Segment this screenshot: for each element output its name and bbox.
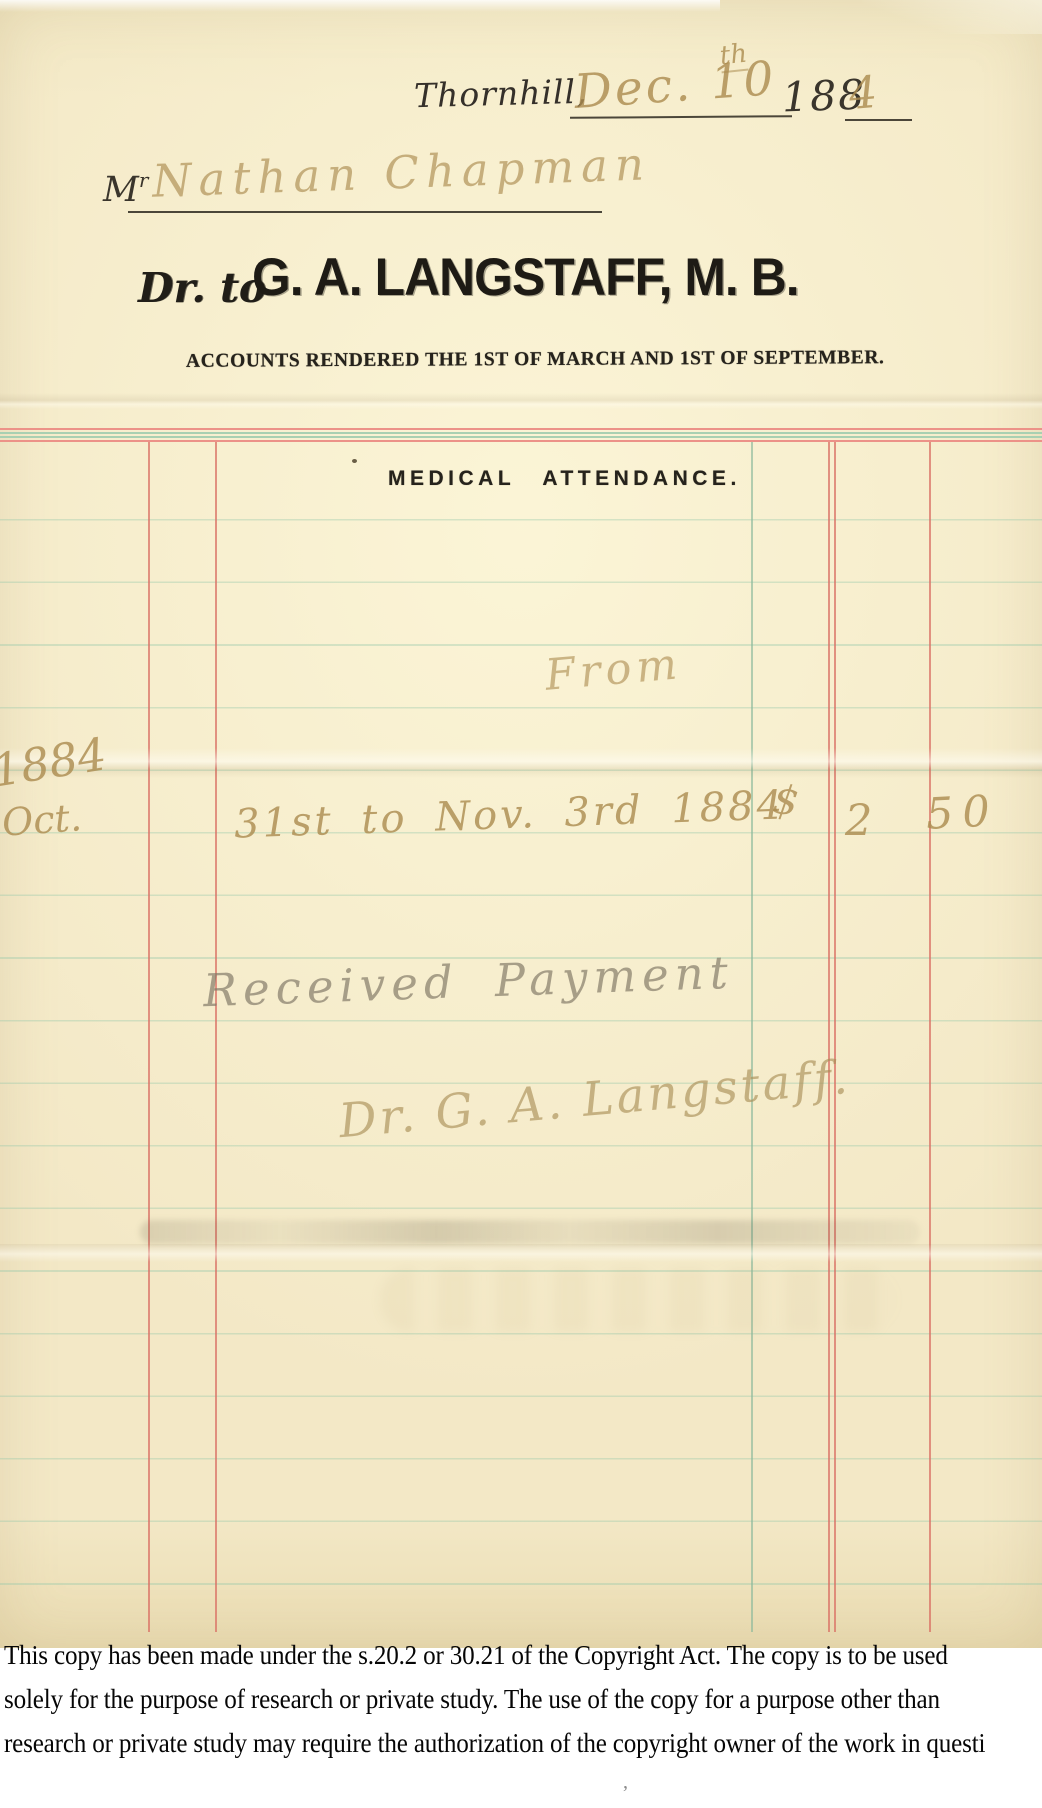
ink-offset-smudge (140, 1220, 920, 1244)
amount-column-green-line (751, 442, 753, 1632)
accounts-rendered-notice: ACCOUNTS RENDERED THE 1ST OF MARCH AND 1… (186, 347, 885, 373)
copyright-notice-line1: This copy has been made under the s.20.2… (4, 1640, 948, 1671)
place-printed-script: Thornhill, (414, 72, 589, 116)
year-digit-handwritten: 4 (847, 67, 879, 120)
header-rule-band (0, 428, 1042, 442)
entry-month-handwritten: Oct. (1, 795, 84, 844)
addressee-underline (128, 211, 602, 213)
copyright-notice-line2: solely for the purpose of research or pr… (4, 1684, 940, 1715)
dollar-column-line-a (828, 442, 830, 1632)
corner-fold-highlight (862, 0, 1042, 34)
addressee-prefix: Mr (103, 168, 148, 210)
addressee-prefix-superscript: r (139, 168, 149, 192)
copyright-notice-line3: research or private study may require th… (4, 1728, 985, 1759)
entry-cents-amount: 50 (925, 786, 1000, 840)
horizontal-ledger-lines (0, 458, 1042, 1630)
margin-line-left-inner (215, 442, 217, 1632)
cents-column-line (929, 442, 931, 1632)
year-underline (845, 119, 912, 121)
physician-name-masthead: G. A. LANGSTAFF, M. B. (252, 247, 799, 308)
ink-speck (352, 459, 357, 463)
scan-edge-highlight (0, 0, 720, 12)
bleedthrough-text-ghost (380, 1268, 900, 1332)
dr-to-blackletter: Dr. to (138, 264, 266, 312)
addressee-prefix-letter: M (103, 170, 139, 210)
dollar-column-line-b (834, 442, 836, 1632)
entry-dollars-amount: 2 (845, 796, 872, 846)
margin-line-left-outer (148, 442, 150, 1632)
stray-scan-mark: ’ (622, 1782, 629, 1805)
medical-attendance-title: MEDICAL ATTENDANCE. (388, 467, 741, 491)
date-ordinal-superscript: th (718, 39, 748, 74)
scanned-invoice-page: Thornhill, Dec. 10 th 188 4 Mr Nathan Ch… (0, 0, 1042, 1808)
